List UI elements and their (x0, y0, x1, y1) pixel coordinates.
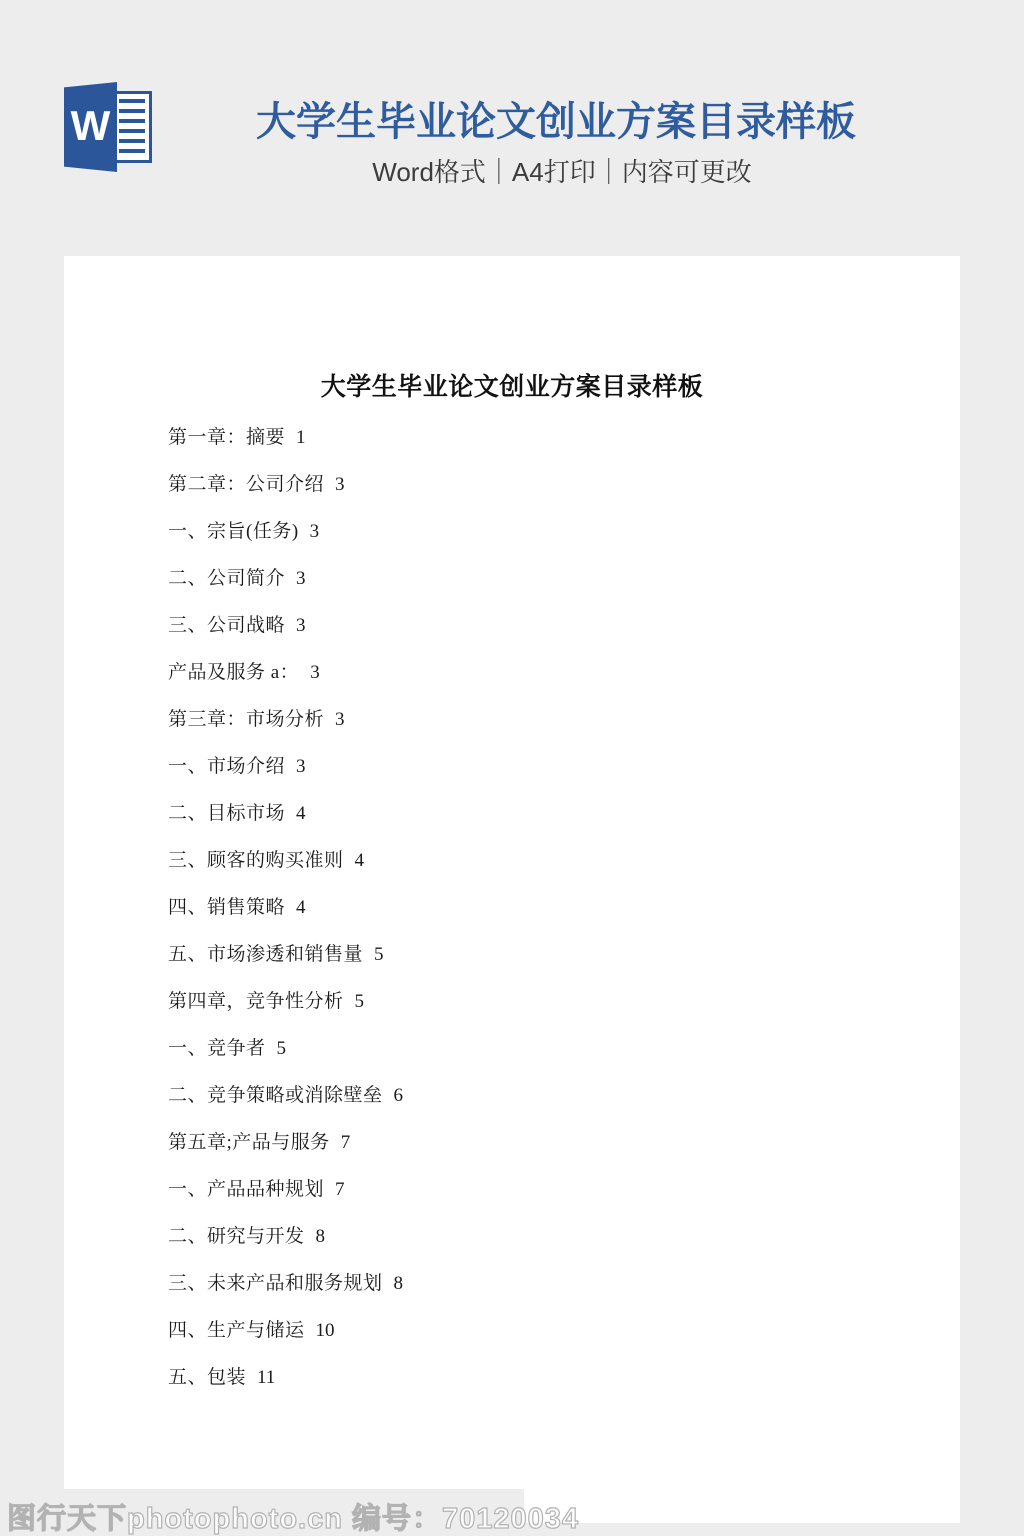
document-page: 大学生毕业论文创业方案目录样板 第一章：摘要1 第二章：公司介绍3 一、宗旨(任… (64, 256, 960, 1523)
toc-item-page: 3 (296, 615, 306, 636)
toc-item-label: 一、竞争者 (168, 1038, 266, 1059)
toc-item-page: 4 (296, 897, 306, 918)
toc-item-page: 8 (394, 1273, 404, 1294)
toc-item-label: 三、公司战略 (168, 615, 285, 636)
word-icon: W (62, 82, 156, 174)
toc-item-label: 五、包装 (168, 1367, 246, 1388)
toc-item: 第二章：公司介绍3 (168, 475, 960, 494)
toc-item-page: 3 (335, 709, 345, 730)
toc-item: 四、销售策略4 (168, 898, 960, 917)
document-title: 大学生毕业论文创业方案目录样板 (64, 256, 960, 402)
word-icon-cover: W (64, 82, 117, 172)
toc-item-label: 五、市场渗透和销售量 (168, 944, 363, 965)
toc-item: 一、宗旨(任务)3 (168, 522, 960, 541)
toc-item-page: 10 (316, 1320, 335, 1341)
toc-item-page: 4 (355, 850, 365, 871)
toc-item: 第五章;产品与服务7 (168, 1133, 960, 1152)
toc-item: 五、包装11 (168, 1368, 960, 1387)
toc-item-page: 8 (316, 1226, 326, 1247)
toc-item: 二、竞争策略或消除壁垒6 (168, 1086, 960, 1105)
toc-item: 二、目标市场4 (168, 804, 960, 823)
word-icon-letter: W (71, 102, 111, 150)
toc-item: 第三章：市场分析3 (168, 710, 960, 729)
toc-item-label: 三、未来产品和服务规划 (168, 1273, 383, 1294)
toc-item-label: 第一章：摘要 (168, 427, 285, 448)
toc-item: 三、未来产品和服务规划8 (168, 1274, 960, 1293)
toc-item-label: 二、研究与开发 (168, 1226, 305, 1247)
toc-item-page: 7 (341, 1132, 351, 1153)
toc-item: 三、公司战略3 (168, 616, 960, 635)
toc-item-label: 一、产品品种规划 (168, 1179, 324, 1200)
toc-item: 二、公司简介3 (168, 569, 960, 588)
toc-item: 五、市场渗透和销售量5 (168, 945, 960, 964)
toc-item-page: 7 (335, 1179, 345, 1200)
toc-item-label: 二、竞争策略或消除壁垒 (168, 1085, 383, 1106)
toc-item-page: 1 (296, 427, 306, 448)
toc-item-page: 3 (310, 521, 320, 542)
toc-item: 产品及服务 a：3 (168, 663, 960, 682)
toc-item: 一、产品品种规划7 (168, 1180, 960, 1199)
watermark-text: 图行天下photophoto.cn 编号：70120034 (7, 1496, 579, 1536)
toc-item: 一、市场介绍3 (168, 757, 960, 776)
toc-item-label: 二、目标市场 (168, 803, 285, 824)
toc-item-label: 四、生产与储运 (168, 1320, 305, 1341)
toc-item-page: 6 (394, 1085, 404, 1106)
toc-item-label: 第四章，竞争性分析 (168, 991, 344, 1012)
toc-item-label: 一、市场介绍 (168, 756, 285, 777)
toc-item-label: 四、销售策略 (168, 897, 285, 918)
toc-item-page: 3 (310, 662, 320, 683)
watermark-bar: 图行天下photophoto.cn 编号：70120034 (0, 1489, 524, 1536)
page-subtitle: Word格式｜A4打印｜内容可更改 (372, 152, 751, 189)
toc-item: 第一章：摘要1 (168, 428, 960, 447)
toc-item: 四、生产与储运10 (168, 1321, 960, 1340)
toc-item-page: 11 (257, 1367, 275, 1388)
page: W 大学生毕业论文创业方案目录样板 Word格式｜A4打印｜内容可更改 大学生毕… (0, 0, 1024, 1536)
word-icon-sheet (112, 91, 152, 163)
toc-item: 三、顾客的购买准则4 (168, 851, 960, 870)
toc-item-page: 5 (277, 1038, 287, 1059)
toc-item-page: 3 (335, 474, 345, 495)
toc-item-label: 三、顾客的购买准则 (168, 850, 344, 871)
toc-item-label: 二、公司简介 (168, 568, 285, 589)
toc-item: 第四章，竞争性分析5 (168, 992, 960, 1011)
word-icon-sheet-lines (119, 99, 145, 155)
toc-item-page: 3 (296, 568, 306, 589)
toc-item-label: 产品及服务 a： (168, 662, 299, 683)
toc-item-page: 5 (355, 991, 365, 1012)
toc-item-label: 第五章;产品与服务 (168, 1132, 330, 1153)
toc-item: 二、研究与开发8 (168, 1227, 960, 1246)
toc-item: 一、竞争者5 (168, 1039, 960, 1058)
toc-list: 第一章：摘要1 第二章：公司介绍3 一、宗旨(任务)3 二、公司简介3 三、公司… (168, 428, 960, 1387)
page-title: 大学生毕业论文创业方案目录样板 (256, 90, 856, 147)
toc-item-label: 第二章：公司介绍 (168, 474, 324, 495)
toc-item-page: 3 (296, 756, 306, 777)
toc-item-label: 第三章：市场分析 (168, 709, 324, 730)
toc-item-label: 一、宗旨(任务) (168, 521, 299, 542)
toc-item-page: 4 (296, 803, 306, 824)
toc-item-page: 5 (374, 944, 384, 965)
